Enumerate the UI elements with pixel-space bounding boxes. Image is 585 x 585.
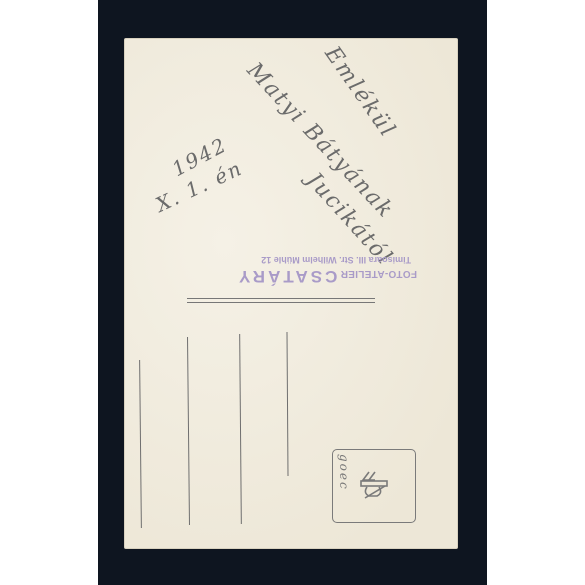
photographer-stamp: FOTO-ATELIER CSATÁRY Timisoara III. Str.… [152,255,417,286]
monogram-logo-icon [359,470,389,500]
stamp-prefix: FOTO-ATELIER [340,268,417,279]
stamp-studio-name: CSATÁRY [236,267,337,286]
pencil-note: goec [337,454,351,491]
stamp-address: Timisoara III. Str. Wilhelm Mühle 12 [152,255,417,265]
stamp-line-1: FOTO-ATELIER CSATÁRY [152,266,417,286]
postage-stamp-box: goec [332,449,416,523]
double-divider-line [187,298,375,303]
